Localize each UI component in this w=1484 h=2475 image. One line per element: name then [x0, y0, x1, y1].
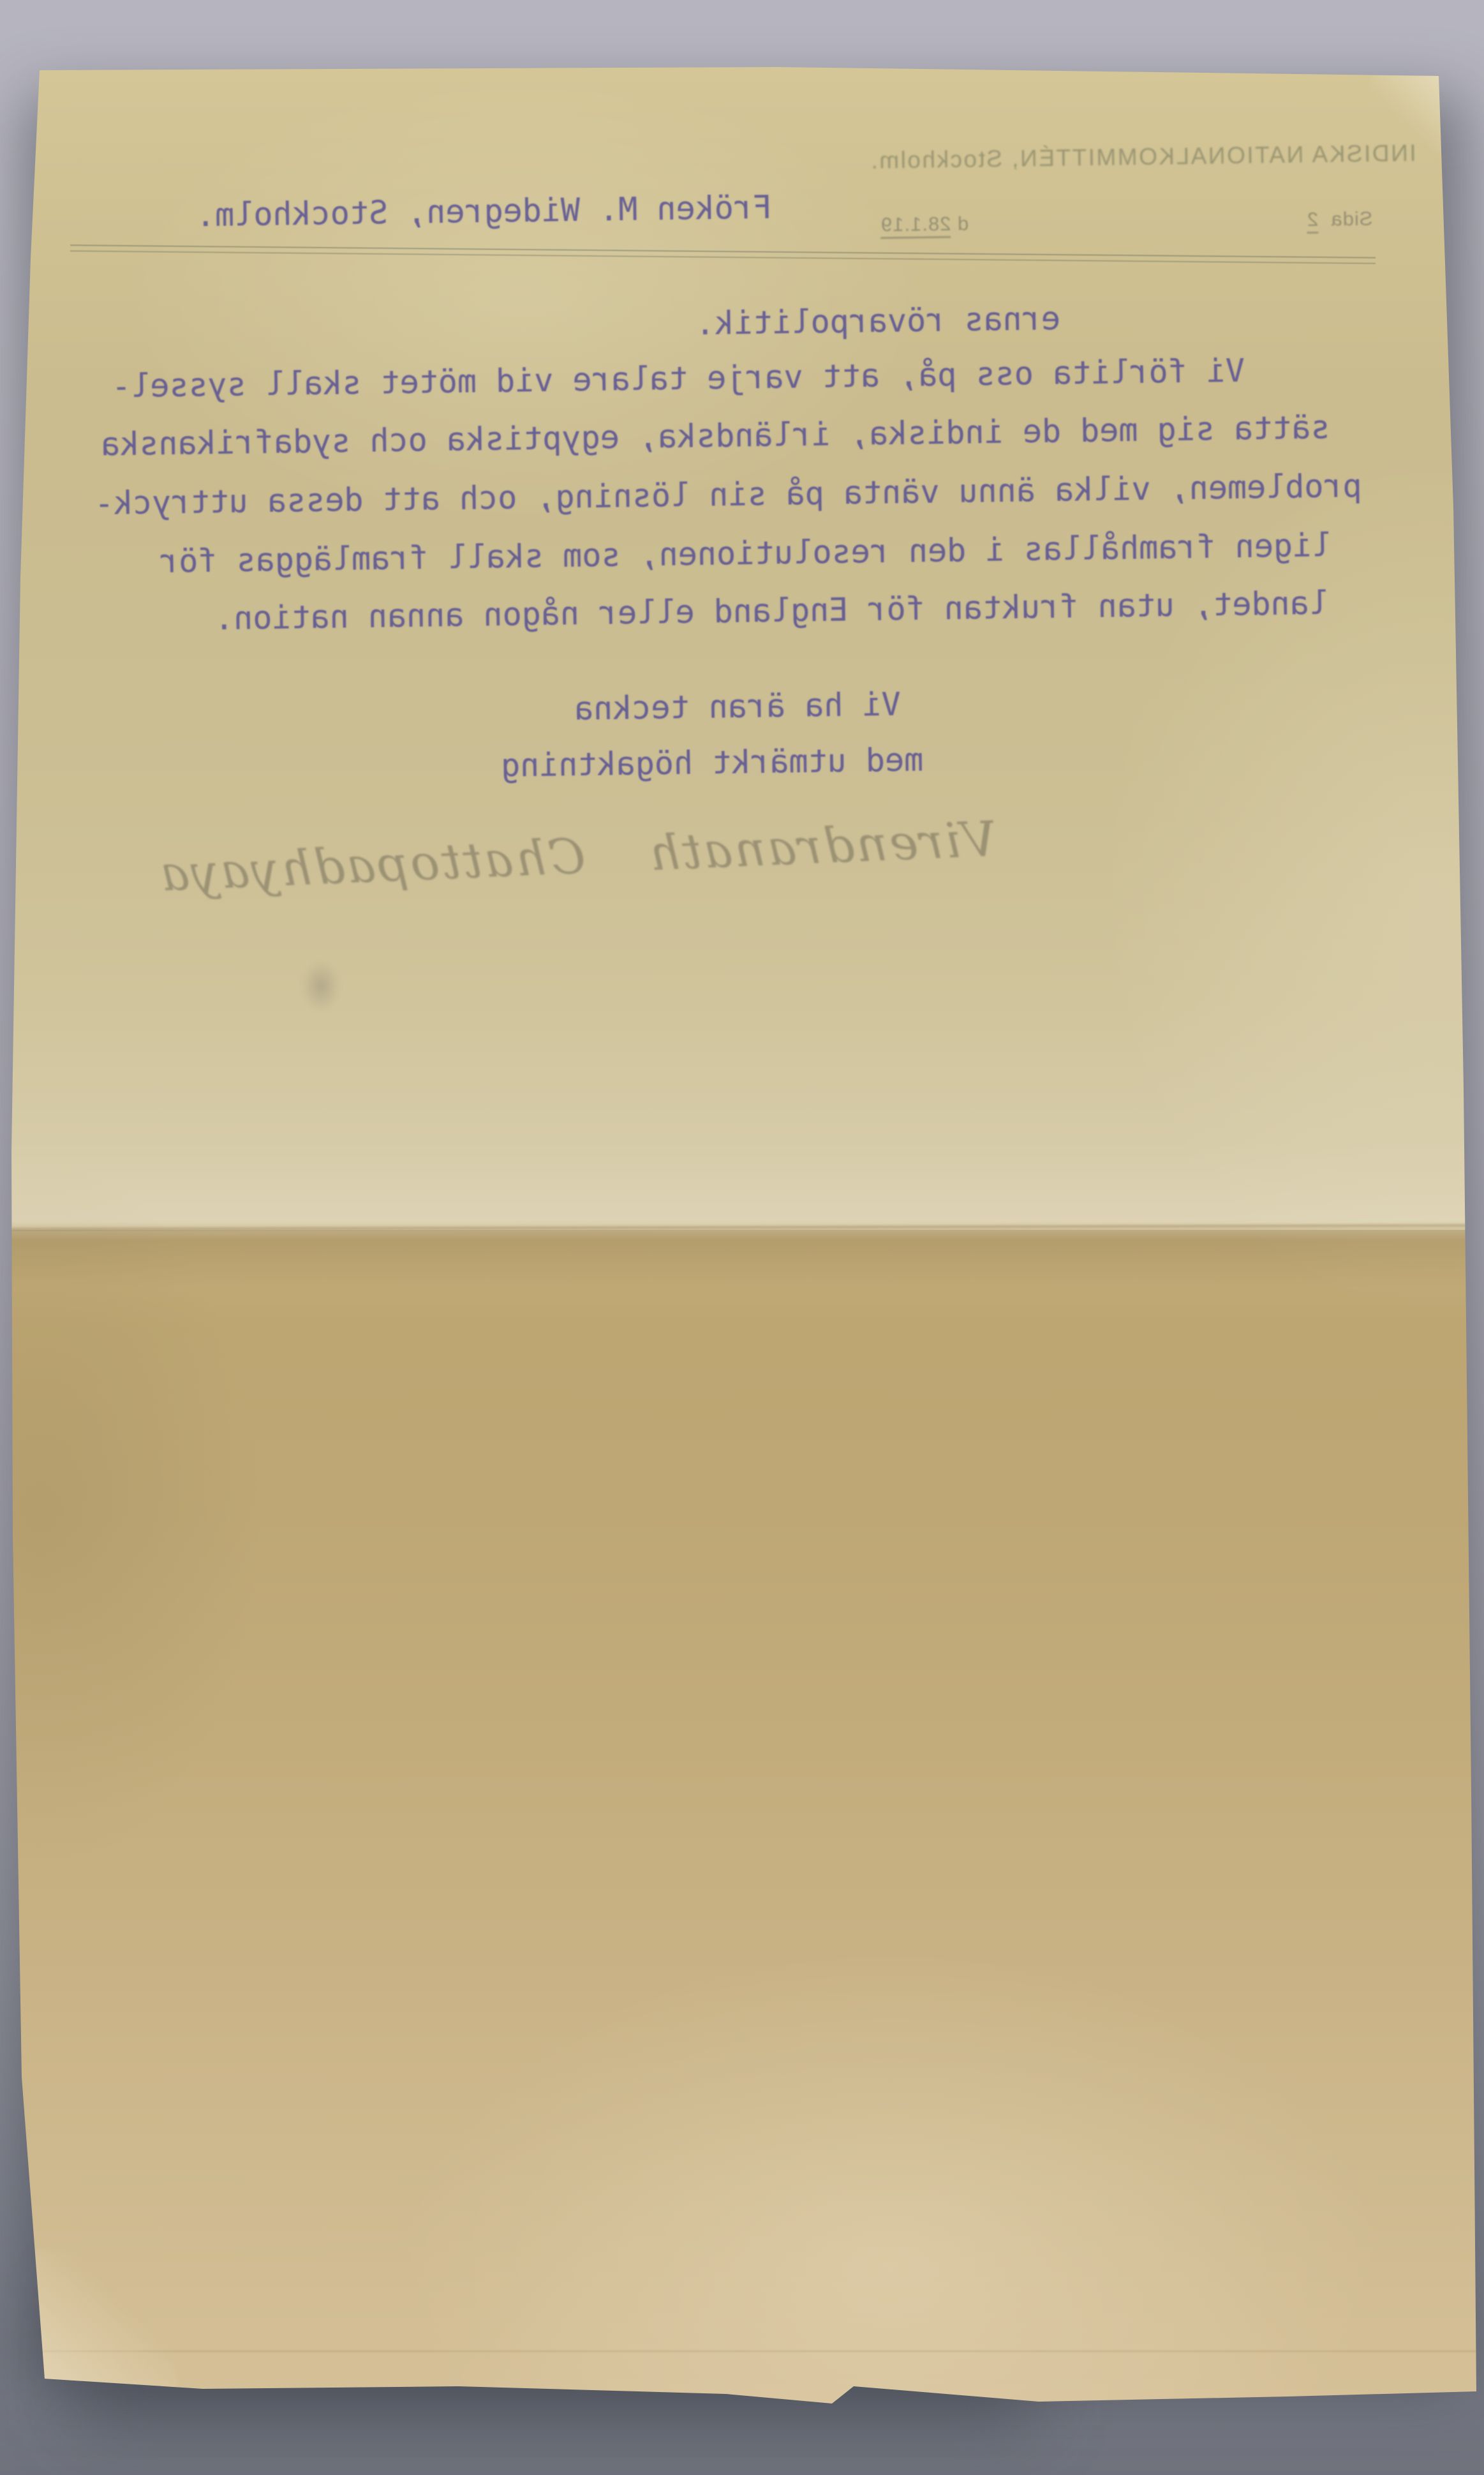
pencil-smudge — [302, 961, 340, 1012]
closing-line: Vi ha äran teckna — [574, 685, 902, 728]
body-line: problemen, vilka ännu vänta på sin lösni… — [94, 467, 1362, 523]
lower-crease — [11, 2351, 1476, 2352]
signature-handwriting: Virendranath Chattopadhyaya — [158, 811, 998, 902]
page-number: 2 — [1307, 208, 1319, 234]
body-line: sätta sig med de indiska, irländska, egy… — [101, 408, 1330, 464]
letter-paper: INDISKA NATIONALKOMMITTÉN, Stockholm. Si… — [11, 67, 1476, 2404]
date-gap — [951, 213, 957, 235]
fold-shadow — [11, 1230, 1476, 1287]
addressee-line: Fröken M. Widegren, Stockholm. — [196, 188, 773, 235]
photo-background: INDISKA NATIONALKOMMITTÉN, Stockholm. Si… — [0, 0, 1484, 2475]
page-number-block: Sida 2 — [1306, 184, 1410, 254]
date-block: d 28.1.19 — [880, 189, 1005, 260]
date-value: 28.1.19 — [880, 213, 951, 239]
body-line: landet, utan fruktan för England eller n… — [214, 584, 1329, 638]
body-line: ligen framhållas i den resolutionen, som… — [160, 526, 1332, 581]
date-prefix: d — [957, 212, 969, 234]
paper-corner-fold-bottom-left — [31, 2250, 177, 2396]
page-gap — [1318, 208, 1331, 230]
header-rule — [70, 244, 1376, 264]
closing-line: med utmärkt högaktning — [501, 740, 924, 784]
letterhead-text: INDISKA NATIONALKOMMITTÉN, Stockholm. — [870, 140, 1416, 174]
body-line: Vi förlita oss på, att varje talare vid … — [112, 352, 1245, 406]
body-line: ernas rövarpolitik. — [695, 299, 1061, 343]
page-label: Sida — [1330, 207, 1373, 230]
